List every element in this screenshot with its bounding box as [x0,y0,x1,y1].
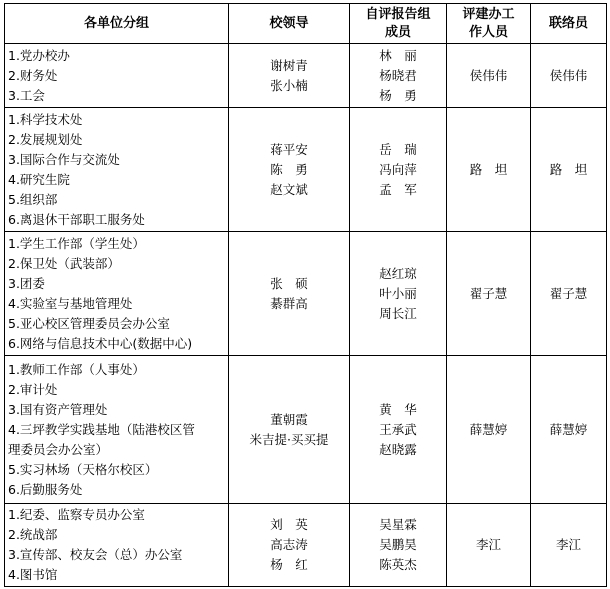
unit-item: 6.网络与信息技术中心(数据中心) [8,334,228,354]
unit-item: 4.研究生院 [8,170,228,190]
table-row: 1.纪委、监察专员办公室 2.统战部 3.宣传部、校友会（总）办公室 4.图书馆… [5,504,607,587]
header-text: 联络员 [531,15,606,33]
unit-list: 1.党办校办 2.财务处 3.工会 [5,44,229,108]
unit-list: 1.纪委、监察专员办公室 2.统战部 3.宣传部、校友会（总）办公室 4.图书馆 [5,504,229,587]
leader-name: 高志涛 [229,535,349,555]
liaison: 薛慧婷 [531,356,607,504]
unit-item: 6.后勤服务处 [8,480,228,500]
office-staff: 李江 [447,504,531,587]
unit-item: 3.国有资产管理处 [8,400,228,420]
leader-name: 刘 英 [229,515,349,535]
leader-list: 谢树青 张小楠 [229,44,350,108]
unit-item: 4.三坪教学实践基地（陆港校区管 [8,420,228,440]
header-liaison: 联络员 [531,4,607,44]
unit-item: 1.学生工作部（学生处） [8,234,228,254]
header-text: 自评报告组 [350,6,446,24]
table-row: 1.科学技术处 2.发展规划处 3.国际合作与交流处 4.研究生院 5.组织部 … [5,108,607,232]
header-row: 各单位分组 校领导 自评报告组 成员 评建办工 作人员 联络员 [5,4,607,44]
leader-name: 赵文斌 [229,180,349,200]
header-text: 校领导 [229,15,349,33]
report-member-list: 林 丽 杨晓君 杨 勇 [350,44,447,108]
unit-list: 1.学生工作部（学生处） 2.保卫处（武装部） 3.团委 4.实验室与基地管理处… [5,232,229,356]
report-member-list: 吴星霖 吴鹏昊 陈英杰 [350,504,447,587]
member-name: 杨晓君 [350,66,446,86]
liaison: 侯伟伟 [531,44,607,108]
leader-list: 刘 英 高志涛 杨 红 [229,504,350,587]
member-name: 黄 华 [350,400,446,420]
unit-item: 6.离退休干部职工服务处 [8,210,228,230]
unit-item: 1.纪委、监察专员办公室 [8,505,228,525]
member-name: 赵红琼 [350,264,446,284]
office-staff: 翟子慧 [447,232,531,356]
unit-item: 1.科学技术处 [8,110,228,130]
unit-item: 5.实习林场（天格尔校区） [8,460,228,480]
report-member-list: 黄 华 王承武 赵晓露 [350,356,447,504]
member-name: 冯向萍 [350,160,446,180]
header-school-leaders: 校领导 [229,4,350,44]
member-name: 岳 瑞 [350,140,446,160]
leader-name: 杨 红 [229,555,349,575]
unit-item: 4.图书馆 [8,565,228,585]
member-name: 叶小丽 [350,284,446,304]
liaison: 李江 [531,504,607,587]
report-member-list: 赵红琼 叶小丽 周长江 [350,232,447,356]
unit-item: 2.财务处 [8,66,228,86]
leader-list: 张 硕 綦群高 [229,232,350,356]
header-text: 作人员 [447,24,530,42]
liaison: 路 坦 [531,108,607,232]
leader-name: 陈 勇 [229,160,349,180]
office-staff: 侯伟伟 [447,44,531,108]
header-text: 成员 [350,24,446,42]
header-text: 评建办工 [447,6,530,24]
leader-name: 綦群高 [229,294,349,314]
table-row: 1.教师工作部（人事处） 2.审计处 3.国有资产管理处 4.三坪教学实践基地（… [5,356,607,504]
unit-list: 1.教师工作部（人事处） 2.审计处 3.国有资产管理处 4.三坪教学实践基地（… [5,356,229,504]
leader-name: 米吉提·买买提 [229,430,349,450]
report-member-list: 岳 瑞 冯向萍 孟 军 [350,108,447,232]
leader-list: 蒋平安 陈 勇 赵文斌 [229,108,350,232]
unit-item: 4.实验室与基地管理处 [8,294,228,314]
leader-name: 张 硕 [229,274,349,294]
table-row: 1.党办校办 2.财务处 3.工会 谢树青 张小楠 林 丽 杨晓君 杨 勇 侯伟… [5,44,607,108]
liaison: 翟子慧 [531,232,607,356]
unit-item: 5.组织部 [8,190,228,210]
leader-name: 蒋平安 [229,140,349,160]
unit-item: 2.审计处 [8,380,228,400]
leader-name: 董朝霞 [229,410,349,430]
member-name: 王承武 [350,420,446,440]
unit-item: 2.保卫处（武装部） [8,254,228,274]
member-name: 陈英杰 [350,555,446,575]
member-name: 孟 军 [350,180,446,200]
header-report-members: 自评报告组 成员 [350,4,447,44]
member-name: 吴星霖 [350,515,446,535]
office-staff: 路 坦 [447,108,531,232]
unit-item: 3.宣传部、校友会（总）办公室 [8,545,228,565]
unit-item: 5.亚心校区管理委员会办公室 [8,314,228,334]
member-name: 周长江 [350,304,446,324]
group-assignment-table: 各单位分组 校领导 自评报告组 成员 评建办工 作人员 联络员 1.党办校办 2… [4,3,607,587]
leader-name: 谢树青 [229,56,349,76]
unit-list: 1.科学技术处 2.发展规划处 3.国际合作与交流处 4.研究生院 5.组织部 … [5,108,229,232]
member-name: 吴鹏昊 [350,535,446,555]
member-name: 赵晓露 [350,440,446,460]
member-name: 杨 勇 [350,86,446,106]
table-row: 1.学生工作部（学生处） 2.保卫处（武装部） 3.团委 4.实验室与基地管理处… [5,232,607,356]
unit-item: 理委员会办公室） [8,440,228,460]
unit-item: 1.党办校办 [8,46,228,66]
unit-item: 1.教师工作部（人事处） [8,360,228,380]
header-text: 各单位分组 [5,15,228,33]
office-staff: 薛慧婷 [447,356,531,504]
header-unit-groups: 各单位分组 [5,4,229,44]
unit-item: 3.工会 [8,86,228,106]
unit-item: 3.国际合作与交流处 [8,150,228,170]
header-office-staff: 评建办工 作人员 [447,4,531,44]
member-name: 林 丽 [350,46,446,66]
leader-name: 张小楠 [229,76,349,96]
unit-item: 2.统战部 [8,525,228,545]
unit-item: 3.团委 [8,274,228,294]
unit-item: 2.发展规划处 [8,130,228,150]
leader-list: 董朝霞 米吉提·买买提 [229,356,350,504]
